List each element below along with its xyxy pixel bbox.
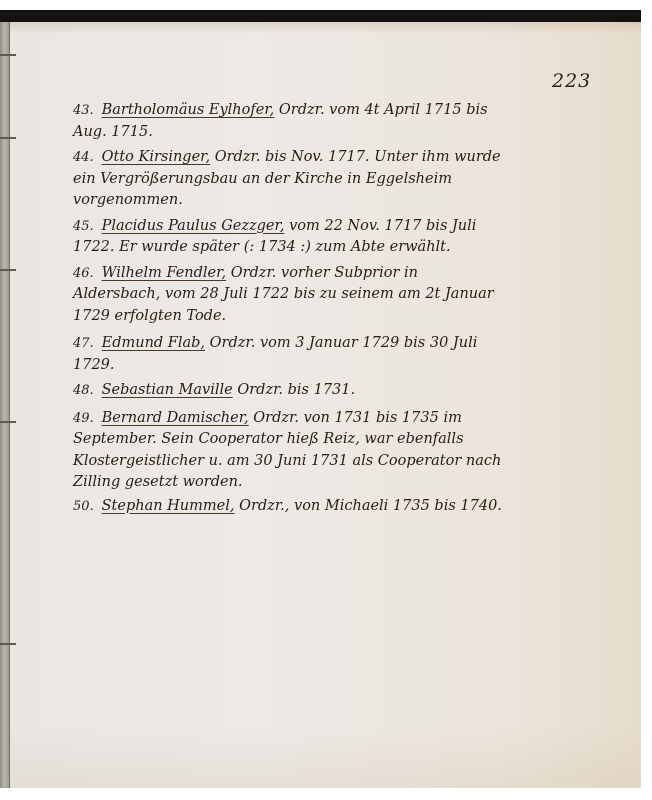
entry-name: Wilhelm Fendler, bbox=[102, 265, 226, 281]
binding-stitch bbox=[0, 137, 16, 139]
entry-number: 47. bbox=[73, 333, 97, 355]
entry-name: Sebastian Maville bbox=[102, 382, 233, 398]
entry-name: Stephan Hummel, bbox=[102, 498, 235, 514]
binding-stitch bbox=[0, 421, 16, 423]
entry-46: 46. Wilhelm Fendler, Ordzr. vorher Subpr… bbox=[73, 263, 503, 328]
entry-number: 44. bbox=[73, 147, 97, 169]
entry-number: 48. bbox=[73, 380, 97, 402]
entry-45: 45. Placidus Paulus Gezzger, vom 22 Nov.… bbox=[73, 216, 503, 259]
entry-text: Ordzr., von Michaeli 1735 bis 1740. bbox=[239, 498, 502, 514]
entry-number: 46. bbox=[73, 263, 97, 285]
entry-number: 49. bbox=[73, 408, 97, 430]
entry-name: Bernard Damischer, bbox=[102, 410, 249, 426]
binding-stitch bbox=[0, 54, 16, 56]
entry-number: 43. bbox=[73, 100, 97, 122]
page-number: 223 bbox=[552, 70, 591, 92]
entry-50: 50. Stephan Hummel, Ordzr., von Michaeli… bbox=[73, 496, 503, 518]
binding-stitch bbox=[0, 643, 16, 645]
binding-stitch bbox=[0, 269, 16, 271]
entry-name: Placidus Paulus Gezzger, bbox=[102, 218, 285, 234]
entry-44: 44. Otto Kirsinger, Ordzr. bis Nov. 1717… bbox=[73, 147, 503, 212]
entry-name: Otto Kirsinger, bbox=[102, 149, 211, 165]
entry-48: 48. Sebastian Maville Ordzr. bis 1731. bbox=[73, 380, 503, 402]
entry-text: Ordzr. bis 1731. bbox=[237, 382, 355, 398]
entry-43: 43. Bartholomäus Eylhofer, Ordzr. vom 4t… bbox=[73, 100, 503, 143]
entry-name: Bartholomäus Eylhofer, bbox=[102, 102, 275, 118]
entry-number: 50. bbox=[73, 496, 97, 518]
entry-list: 43. Bartholomäus Eylhofer, Ordzr. vom 4t… bbox=[73, 100, 503, 517]
entry-number: 45. bbox=[73, 216, 97, 238]
entry-name: Edmund Flab, bbox=[102, 335, 205, 351]
entry-47: 47. Edmund Flab, Ordzr. vom 3 Januar 172… bbox=[73, 333, 503, 376]
entry-49: 49. Bernard Damischer, Ordzr. von 1731 b… bbox=[73, 408, 503, 494]
